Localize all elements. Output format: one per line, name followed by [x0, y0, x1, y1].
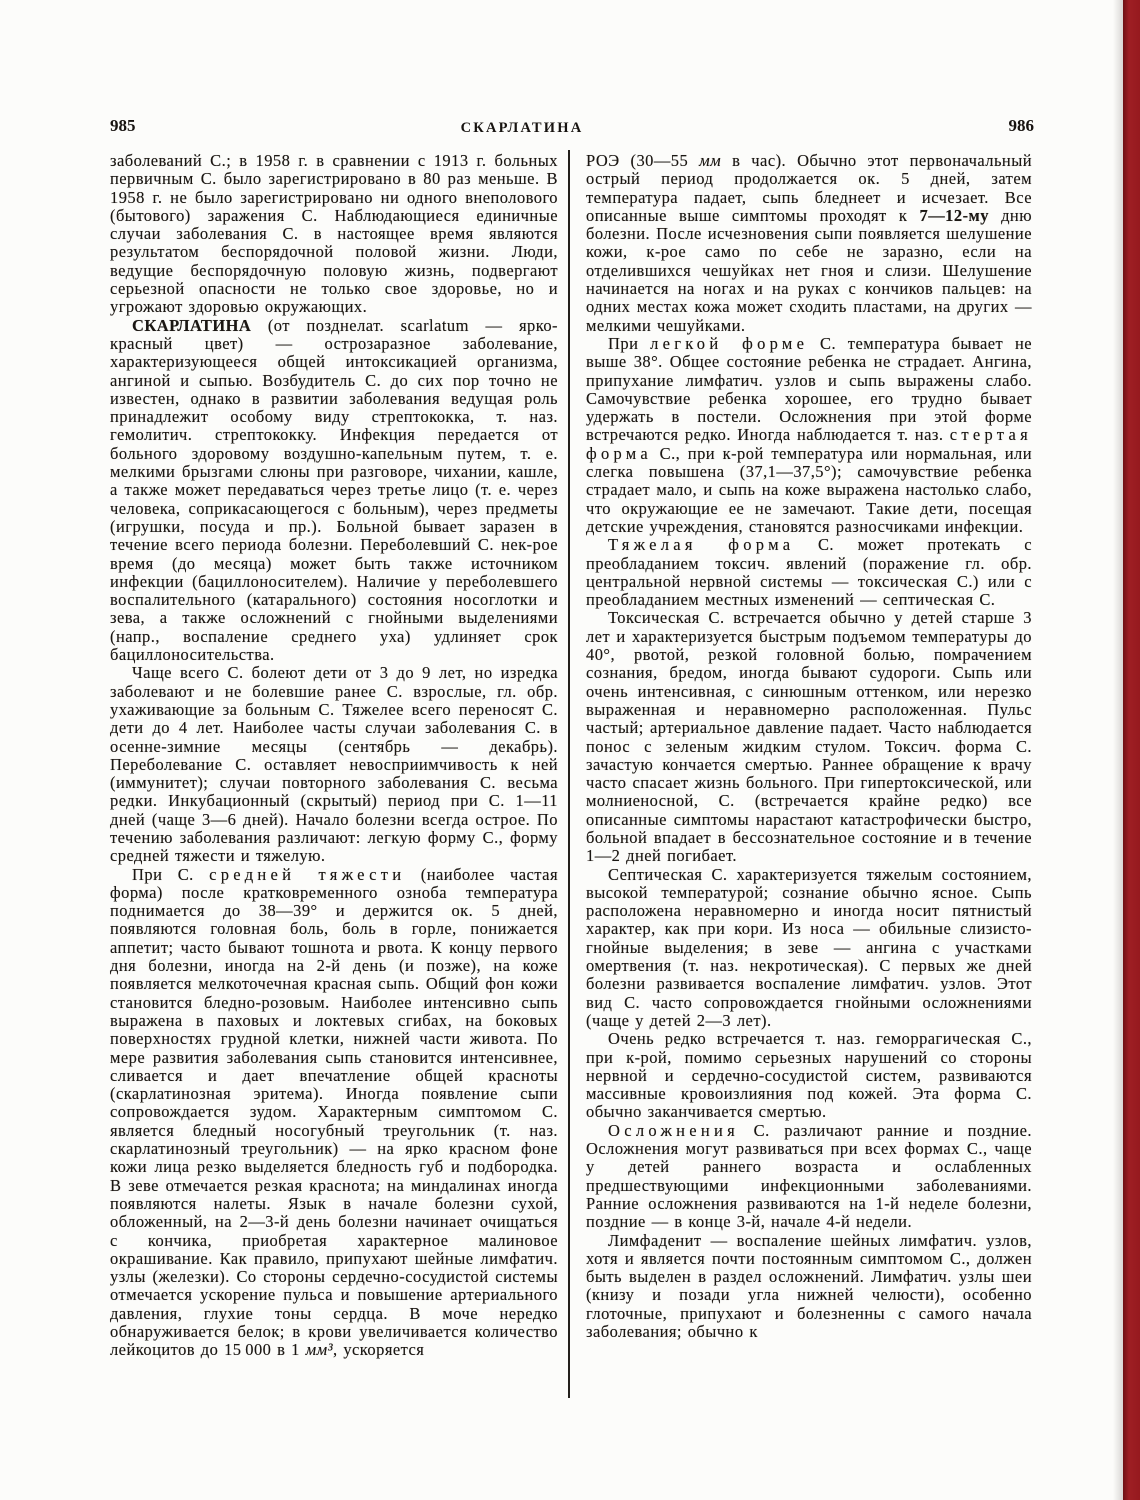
paragraph: Токсическая С. встречается обычно у дете…: [586, 609, 1032, 865]
paragraph: Тяжелая форма С. может протекать с преоб…: [586, 536, 1032, 609]
letterspaced-text-run: Осложнения: [608, 1121, 739, 1140]
text-column-left: заболеваний С.; в 1958 г. в сравнении с …: [110, 152, 558, 1360]
text-run: (от позднелат. scarlatum — ярко-красный …: [110, 316, 558, 664]
paragraph: СКАРЛАТИНА (от позднелат. scarlatum — яр…: [110, 317, 558, 665]
letterspaced-text-run: средней тяжести: [209, 865, 405, 884]
paragraph: заболеваний С.; в 1958 г. в сравнении с …: [110, 152, 558, 317]
text-run: Очень редко встречается т. наз. геморраг…: [586, 1029, 1032, 1121]
paragraph: При легкой форме С. температура бывает н…: [586, 335, 1032, 536]
text-run: заболеваний С.; в 1958 г. в сравнении с …: [110, 151, 558, 316]
page-number-right: 986: [930, 116, 1034, 136]
scanned-encyclopedia-page: 985 СКАРЛАТИНА 986 заболеваний С.; в 195…: [0, 0, 1140, 1500]
paragraph: РОЭ (30—55 мм в час). Обычно этот первон…: [586, 152, 1032, 335]
text-run: С., при к-рой температура или нормальная…: [586, 444, 1032, 536]
text-run: При: [608, 334, 650, 353]
text-run: Лимфаденит — воспаление шейных лимфатич.…: [586, 1231, 1032, 1341]
paragraph: При С. средней тяжести (наиболее частая …: [110, 866, 558, 1360]
text-run: При С.: [132, 865, 209, 884]
bold-text-run: 7—12-му: [920, 206, 989, 225]
text-run: РОЭ (30—55: [586, 151, 699, 170]
paragraph: Очень редко встречается т. наз. геморраг…: [586, 1030, 1032, 1121]
text-run: дню болезни. После исчезновения сыпи поя…: [586, 206, 1032, 335]
text-run: (наиболее частая форма) после кратковрем…: [110, 865, 558, 1360]
italic-text-run: мм: [699, 151, 721, 170]
paragraph: Септическая С. характеризуется тяжелым с…: [586, 866, 1032, 1031]
text-run: Токсическая С. встречается обычно у дете…: [586, 608, 1032, 865]
paragraph: Чаще всего С. болеют дети от 3 до 9 лет,…: [110, 664, 558, 865]
text-column-right: РОЭ (30—55 мм в час). Обычно этот первон…: [586, 152, 1032, 1341]
paragraph: Осложнения С. различают ранние и поздние…: [586, 1122, 1032, 1232]
column-divider-rule: [568, 150, 570, 1398]
page-edge-shadow: [1113, 0, 1123, 1500]
italic-text-run: мм³: [306, 1340, 333, 1359]
running-title: СКАРЛАТИНА: [0, 120, 1044, 137]
text-run: Септическая С. характеризуется тяжелым с…: [586, 865, 1032, 1030]
letterspaced-text-run: легкой форме: [650, 334, 808, 353]
text-run: , ускоряется: [333, 1340, 424, 1359]
book-cover-edge: [1123, 0, 1140, 1500]
text-run: Чаще всего С. болеют дети от 3 до 9 лет,…: [110, 663, 558, 865]
paragraph: Лимфаденит — воспаление шейных лимфатич.…: [586, 1232, 1032, 1342]
letterspaced-text-run: Тяжелая форма: [608, 535, 794, 554]
bold-text-run: СКАРЛАТИНА: [132, 316, 251, 335]
